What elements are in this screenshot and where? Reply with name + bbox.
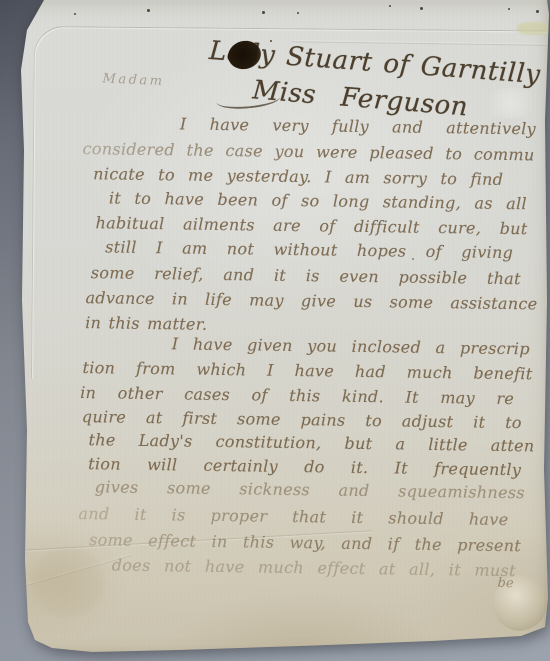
letter-line: quire at first some pains to adjust it t… [82,407,522,433]
letter-paper: Lady Stuart of Garntilly Miss Ferguson M… [0,0,550,661]
letter-line: it to have been of so long standing, as … [109,188,527,214]
letter-line: habitual ailments are of difficult cure,… [95,213,527,239]
letter-line: nicate to me yesterday. I am sorry to fi… [93,164,503,190]
letter-paper-wrapper: Lady Stuart of Garntilly Miss Ferguson M… [0,0,550,661]
letter-line: tion will certainly do it. It frequently [88,454,521,480]
salutation: Madam [102,71,165,89]
catchword: be [497,576,514,592]
letter-line: the Lady's constitution, but a little at… [88,430,534,456]
letter-line: does not have much effect at all, it mus… [112,555,516,581]
letter-line: I have given you inclosed a prescrip [172,334,530,359]
letter-line: some relief, and it is even possible tha… [91,263,521,289]
letter-line: tion from which I have had much benefit [82,358,532,384]
letter-line: I have very fully and attentively [180,114,536,139]
letter-line: some effect in this way, and if the pres… [89,530,521,556]
letter-line: advance in life may give us some assista… [85,288,537,314]
manuscript-photo: { "letter": { "docket": { "line1": "Lady… [0,0,550,661]
pen-flourish [216,87,281,111]
handwriting-layer: Lady Stuart of Garntilly Miss Ferguson M… [0,0,550,661]
letter-line: considered the case you were pleased to … [82,139,534,165]
letter-line: and it is proper that it should have [78,504,508,530]
letter-line: in this matter. [85,313,275,336]
letter-line: gives some sickness and squeamishness [95,477,525,503]
letter-line: still I am not without hopes of giving [105,237,513,263]
letter-line: in other cases of this kind. It may re [80,383,514,409]
